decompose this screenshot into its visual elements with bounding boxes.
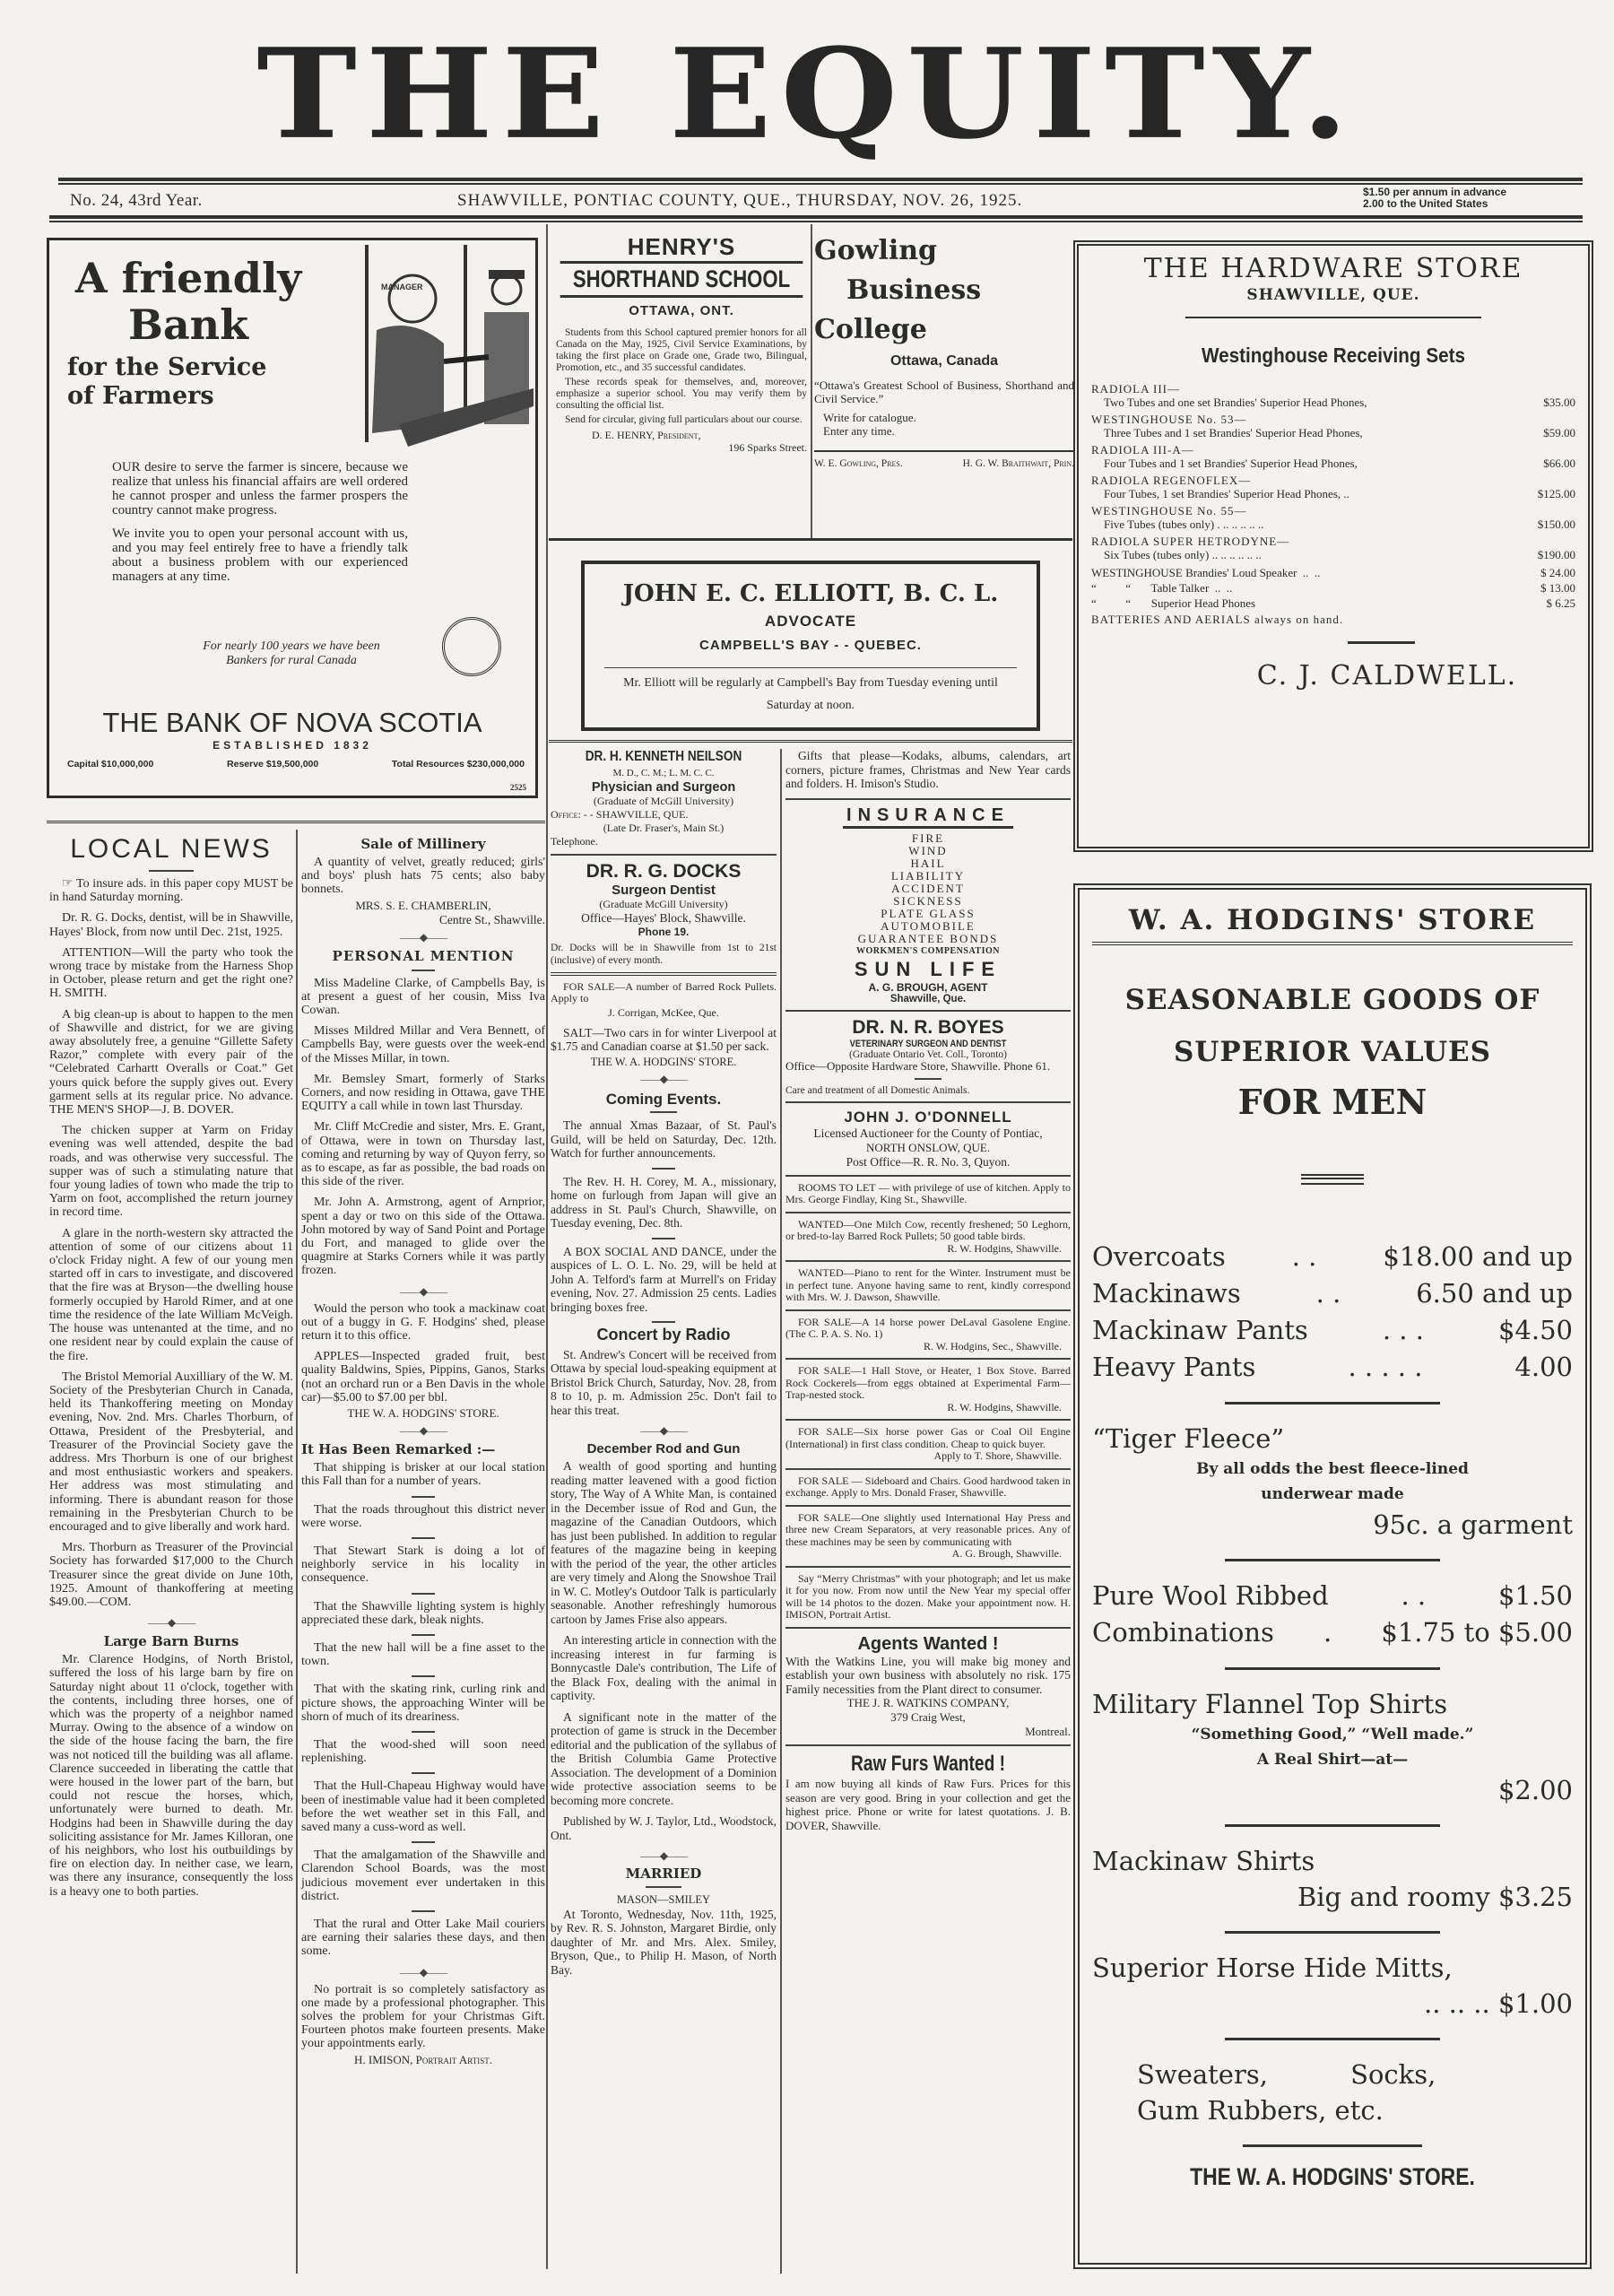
classified-divider (785, 1260, 1071, 1262)
issue-line: No. 24, 43rd Year. SHAWVILLE, PONTIAC CO… (63, 184, 1587, 213)
price-value: $1.50 (1498, 1578, 1573, 1614)
masthead: THE EQUITY. (0, 0, 1614, 179)
personal-item: Mr. John A. Armstrong, agent of Arnprior… (301, 1196, 545, 1277)
news-item: The chicken supper at Yarm on Friday eve… (49, 1124, 293, 1219)
bank-capital-line: Capital $10,000,000 Reserve $19,500,000 … (67, 759, 525, 770)
dash-separator (412, 1772, 435, 1774)
remark-item: That the rural and Otter Lake Mail couri… (301, 1918, 545, 1959)
item-name: WESTINGHOUSE No. 53— (1091, 413, 1575, 426)
dateline: SHAWVILLE, PONTIAC COUNTY, QUE., THURSDA… (457, 191, 1022, 211)
classified-ad: FOR SALE—Six horse power Gas or Coal Oil… (785, 1426, 1071, 1463)
receiving-sets-list: RADIOLA III—Two Tubes and one set Brandi… (1079, 382, 1588, 561)
issue-rule (49, 215, 1583, 222)
neilson-ad: DR. H. KENNETH NEILSON M. D., C. M.; L. … (551, 749, 777, 848)
issue-number: No. 24, 43rd Year. (70, 191, 203, 211)
item-description: Five Tubes (tubes only) . .. .. .. .. .. (1104, 517, 1263, 531)
speaker-description: “ “ Table Talker .. .. (1091, 580, 1232, 596)
local-news-column: LOCAL NEWS ☞ To insure ads. in this pape… (49, 834, 293, 1906)
price-value: 6.50 and up (1416, 1275, 1573, 1312)
insurance-line: AUTOMOBILE (785, 920, 1071, 933)
speaker-price: $ 13.00 (1540, 580, 1575, 596)
classified-text: FOR SALE—One slightly used International… (785, 1512, 1071, 1549)
personal-mention-column: Sale of Millinery A quantity of velvet, … (301, 832, 545, 2067)
insurance-line: SICKNESS (785, 895, 1071, 908)
receiving-set-item: WESTINGHOUSE No. 53—Three Tubes and 1 se… (1079, 413, 1588, 439)
hardware-store-ad: THE HARDWARE STORE SHAWVILLE, QUE. Westi… (1073, 240, 1593, 852)
subscription-rates: $1.50 per annum in advance 2.00 to the U… (1363, 187, 1506, 210)
news-item: The Bristol Memorial Auxilliary of the W… (49, 1370, 293, 1534)
classified-text: WANTED—Piano to rent for the Winter. Ins… (785, 1267, 1071, 1304)
item-desc-row: Four Tubes and 1 set Brandies' Superior … (1091, 457, 1575, 470)
dash-separator (412, 1496, 435, 1498)
personal-item: Mr. Cliff McCredie and sister, Mrs. E. G… (301, 1120, 545, 1188)
classifieds: ROOMS TO LET — with privilege of use of … (785, 1175, 1071, 1622)
classified-ad: FOR SALE — Sideboard and Chairs. Good ha… (785, 1475, 1071, 1500)
mens-prices-list: Overcoats. .$18.00 and upMackinaws. .6.5… (1092, 1239, 1573, 1386)
classified-divider (785, 1566, 1071, 1568)
svg-text:MANAGER: MANAGER (381, 283, 423, 291)
classified-signature: R. W. Hodgins, Shawville. (785, 1243, 1071, 1256)
ad-number: 2525 (510, 783, 526, 792)
news-item: Mrs. Thorburn as Treasurer of the Provin… (49, 1541, 293, 1609)
item-name: WESTINGHOUSE No. 55— (1091, 504, 1575, 517)
classified-divider (785, 1468, 1071, 1470)
classified-divider (785, 1358, 1071, 1360)
price-row: Heavy Pants. . . . .4.00 (1092, 1349, 1573, 1386)
item-price: $190.00 (1538, 548, 1575, 561)
personal-item: Miss Madeline Clarke, of Campbells Bay, … (301, 977, 545, 1018)
news-item: ATTENTION—Will the party who took the wr… (49, 946, 293, 1001)
receiving-set-item: RADIOLA III—Two Tubes and one set Brandi… (1079, 382, 1588, 409)
classified-signature: Apply to T. Shore, Shawville. (785, 1450, 1071, 1463)
raw-furs-ad: Raw Furs Wanted ! I am now buying all ki… (785, 1752, 1071, 1832)
remark-item: That the Hull-Chapeau Highway would have… (301, 1779, 545, 1834)
personal-item: Misses Mildred Millar and Vera Bennett, … (301, 1024, 545, 1065)
price-item: Heavy Pants (1092, 1349, 1255, 1386)
henrys-shorthand-school-ad: HENRY'S SHORTHAND SCHOOL OTTAWA, ONT. St… (556, 229, 807, 534)
odonnell-ad: JOHN J. O'DONNELL Licensed Auctioneer fo… (785, 1109, 1071, 1170)
classified-signature: R. W. Hodgins, Sec., Shawville. (785, 1341, 1071, 1353)
column-divider (296, 830, 298, 2274)
price-value: $1.75 to $5.00 (1381, 1614, 1573, 1651)
classified-text: Say “Merry Christmas” with your photogra… (785, 1573, 1071, 1622)
news-item: ☞ To insure ads. in this paper copy MUST… (49, 877, 293, 904)
news-item: A big clean-up is about to happen to the… (49, 1008, 293, 1118)
local-news-heading: LOCAL NEWS (49, 834, 293, 865)
price-item: Mackinaw Pants (1092, 1312, 1308, 1349)
bank-established: ESTABLISHED 1832 (49, 739, 535, 752)
item-price: $125.00 (1538, 487, 1575, 500)
item-name: RADIOLA III— (1091, 382, 1575, 396)
item-description: Four Tubes, 1 set Brandies' Superior Hea… (1104, 487, 1349, 500)
item-price: $150.00 (1538, 517, 1575, 531)
bank-body: OUR desire to serve the farmer is sincer… (112, 460, 408, 593)
classified-text: ROOMS TO LET — with privilege of use of … (785, 1182, 1071, 1206)
column-divider (811, 224, 812, 538)
price-row: Overcoats. .$18.00 and up (1092, 1239, 1573, 1275)
item-description: Two Tubes and one set Brandies' Superior… (1104, 396, 1367, 409)
classified-text: FOR SALE — Sideboard and Chairs. Good ha… (785, 1475, 1071, 1500)
classified-ad: ROOMS TO LET — with privilege of use of … (785, 1182, 1071, 1206)
item-description: Three Tubes and 1 set Brandies' Superior… (1104, 426, 1363, 439)
item-name: RADIOLA REGENOFLEX— (1091, 474, 1575, 487)
dash-separator (412, 1731, 435, 1733)
classified-text: FOR SALE—Six horse power Gas or Coal Oil… (785, 1426, 1071, 1450)
remark-item: That the wood-shed will soon need replen… (301, 1738, 545, 1765)
bank-of-nova-scotia-ad: A friendly Bank for the Service of Farme… (47, 238, 538, 798)
classified-divider (785, 1175, 1071, 1177)
receiving-set-item: RADIOLA SUPER HETRODYNE—Six Tubes (tubes… (1079, 535, 1588, 561)
price-item: Combinations (1092, 1614, 1274, 1651)
gifts-notice: Gifts that please—Kodaks, albums, calend… (785, 749, 1071, 791)
docks-ad: DR. R. G. DOCKS Surgeon Dentist (Graduat… (551, 861, 777, 967)
price-row: Mackinaw Pants. . .$4.50 (1092, 1312, 1573, 1349)
gowling-business-college-ad: Gowling Business College Ottawa, Canada … (814, 231, 1074, 536)
price-value: 4.00 (1514, 1349, 1573, 1386)
classified-text: FOR SALE—A 14 horse power DeLaval Gasole… (785, 1317, 1071, 1341)
remark-item: That the roads throughout this district … (301, 1503, 545, 1530)
section-rule (47, 821, 545, 823)
classified-ad: FOR SALE—1 Hall Stove, or Heater, 1 Box … (785, 1365, 1071, 1413)
receiving-set-item: RADIOLA III-A—Four Tubes and 1 set Brand… (1079, 443, 1588, 470)
speaker-item: “ “ Table Talker .. ..$ 13.00 (1079, 580, 1588, 596)
dash-separator (412, 1675, 435, 1677)
price-row: Pure Wool Ribbed. .$1.50 (1092, 1578, 1573, 1614)
item-price: $59.00 (1543, 426, 1575, 439)
speaker-item: WESTINGHOUSE Brandies' Loud Speaker .. .… (1079, 565, 1588, 580)
classified-signature: R. W. Hodgins, Shawville. (785, 1402, 1071, 1414)
remark-item: That the new hall will be a fine asset t… (301, 1641, 545, 1668)
price-dots: . . . (1308, 1312, 1498, 1349)
agents-wanted-ad: Agents Wanted ! With the Watkins Line, y… (785, 1634, 1071, 1740)
bank-manager-illustration-icon: MANAGER (309, 245, 534, 451)
speaker-description: “ “ Superior Head Phones (1091, 596, 1255, 611)
bank-headline: A friendly Bank (67, 255, 309, 348)
insurance-line: WIND (785, 845, 1071, 857)
wool-prices-list: Pure Wool Ribbed. .$1.50Combinations.$1.… (1092, 1578, 1573, 1651)
insurance-line: WORKMEN'S COMPENSATION (785, 945, 1071, 958)
dash-separator (412, 1537, 435, 1539)
item-name: RADIOLA III-A— (1091, 443, 1575, 457)
insurance-line: PLATE GLASS (785, 908, 1071, 920)
insurance-line: FIRE (785, 832, 1071, 845)
personal-item: Mr. Bemsley Smart, formerly of Starks Co… (301, 1073, 545, 1114)
dash-separator (412, 1910, 435, 1912)
column-divider (780, 749, 782, 2274)
dash-separator (412, 1593, 435, 1595)
remark-item: That with the skating rink, curling rink… (301, 1683, 545, 1724)
hodgins-store-ad: W. A. HODGINS' STORE SEASONABLE GOODS OF… (1073, 883, 1592, 2269)
receiving-set-item: WESTINGHOUSE No. 55—Five Tubes (tubes on… (1079, 504, 1588, 531)
price-value: $18.00 and up (1383, 1239, 1573, 1275)
price-value: $4.50 (1498, 1312, 1573, 1349)
classified-pullets: FOR SALE—A number of Barred Rock Pullets… (551, 981, 777, 1004)
price-dots: . . . . . (1255, 1349, 1514, 1386)
boyes-ad: DR. N. R. BOYES VETERINARY SURGEON AND D… (785, 1017, 1071, 1096)
bank-name: THE BANK OF NOVA SCOTIA (49, 707, 535, 739)
item-desc-row: Five Tubes (tubes only) . .. .. .. .. ..… (1091, 517, 1575, 531)
classified-text: FOR SALE—1 Hall Stove, or Heater, 1 Box … (785, 1365, 1071, 1402)
classified-ad: WANTED—Piano to rent for the Winter. Ins… (785, 1267, 1071, 1304)
price-row: Combinations.$1.75 to $5.00 (1092, 1614, 1573, 1651)
speakers-list: WESTINGHOUSE Brandies' Loud Speaker .. .… (1079, 565, 1588, 611)
remark-item: That the amalgamation of the Shawville a… (301, 1848, 545, 1903)
classified-divider (785, 1419, 1071, 1421)
price-item: Pure Wool Ribbed (1092, 1578, 1329, 1614)
classified-ad: WANTED—One Milch Cow, recently freshened… (785, 1219, 1071, 1256)
news-item: A glare in the north-western sky attract… (49, 1227, 293, 1363)
section-rule (549, 538, 1072, 541)
classified-divider (785, 1212, 1071, 1213)
price-dots: . . (1241, 1275, 1416, 1312)
price-item: Overcoats (1092, 1239, 1226, 1275)
item-desc-row: Three Tubes and 1 set Brandies' Superior… (1091, 426, 1575, 439)
item-description: Six Tubes (tubes only) .. .. .. .. .. .. (1104, 548, 1262, 561)
bank-seal-icon (442, 617, 501, 676)
speaker-price: $ 24.00 (1540, 565, 1575, 580)
receiving-set-item: RADIOLA REGENOFLEX—Four Tubes, 1 set Bra… (1079, 474, 1588, 500)
insurance-line: ACCIDENT (785, 883, 1071, 895)
price-dots: . . (1329, 1578, 1498, 1614)
remark-item: That the Shawville lighting system is hi… (301, 1600, 545, 1627)
remark-item: That Stewart Stark is doing a lot of nei… (301, 1544, 545, 1586)
item-desc-row: Two Tubes and one set Brandies' Superior… (1091, 396, 1575, 409)
speaker-description: WESTINGHOUSE Brandies' Loud Speaker .. .… (1091, 565, 1320, 580)
item-description: Four Tubes and 1 set Brandies' Superior … (1104, 457, 1358, 470)
classified-divider (785, 1505, 1071, 1507)
middle-right-column: Gifts that please—Kodaks, albums, calend… (785, 749, 1071, 1832)
dash-separator (412, 1841, 435, 1843)
item-price: $66.00 (1543, 457, 1575, 470)
item-name: RADIOLA SUPER HETRODYNE— (1091, 535, 1575, 548)
column-divider (546, 224, 548, 2269)
dash-separator (412, 1634, 435, 1636)
classified-ad: Say “Merry Christmas” with your photogra… (785, 1573, 1071, 1622)
section-rule (549, 740, 1072, 743)
price-row: Mackinaws. .6.50 and up (1092, 1275, 1573, 1312)
price-dots: . . (1226, 1239, 1384, 1275)
item-desc-row: Four Tubes, 1 set Brandies' Superior Hea… (1091, 487, 1575, 500)
price-item: Mackinaws (1092, 1275, 1241, 1312)
speaker-item: “ “ Superior Head Phones$ 6.25 (1079, 596, 1588, 611)
classified-ad: FOR SALE—One slightly used International… (785, 1512, 1071, 1561)
price-dots: . (1274, 1614, 1382, 1651)
classified-signature: A. G. Brough, Shawville. (785, 1548, 1071, 1561)
news-item: Dr. R. G. Docks, dentist, will be in Sha… (49, 911, 293, 938)
insurance-line: HAIL (785, 857, 1071, 870)
salt-notice: SALT—Two cars in for winter Liverpool at… (551, 1026, 777, 1054)
item-desc-row: Six Tubes (tubes only) .. .. .. .. .. ..… (1091, 548, 1575, 561)
remark-item: That shipping is brisker at our local st… (301, 1461, 545, 1488)
bank-tagline: For nearly 100 years we have been Banker… (193, 639, 390, 668)
insurance-ad: INSURANCE FIREWINDHAILLIABILITYACCIDENTS… (785, 805, 1071, 1004)
bank-subhead: for the Service of Farmers (67, 353, 273, 411)
insurance-line: LIABILITY (785, 870, 1071, 883)
newspaper-title: THE EQUITY. (179, 32, 1435, 156)
classified-divider (785, 1309, 1071, 1311)
barn-article: Mr. Clarence Hodgins, of North Bristol, … (49, 1653, 293, 1899)
insurance-line: GUARANTEE BONDS (785, 933, 1071, 945)
classified-ad: FOR SALE—A 14 horse power DeLaval Gasole… (785, 1317, 1071, 1353)
classified-text: WANTED—One Milch Cow, recently freshened… (785, 1219, 1071, 1243)
elliott-advocate-ad: JOHN E. C. ELLIOTT, B. C. L. ADVOCATE CA… (581, 561, 1040, 731)
middle-left-column: DR. H. KENNETH NEILSON M. D., C. M.; L. … (551, 749, 777, 1984)
speaker-price: $ 6.25 (1547, 596, 1576, 611)
item-price: $35.00 (1543, 396, 1575, 409)
